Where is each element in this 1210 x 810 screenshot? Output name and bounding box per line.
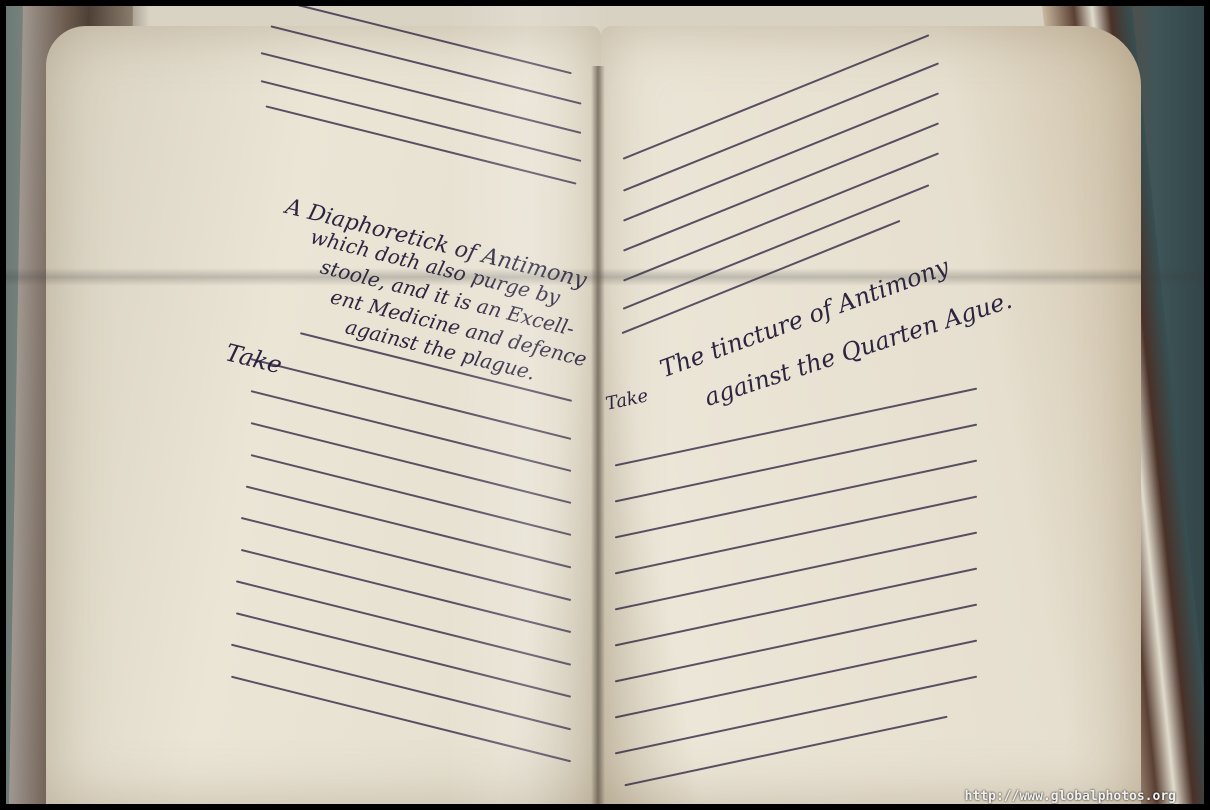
recipe-first-word: Take	[604, 385, 650, 414]
handwriting-line	[623, 122, 939, 251]
photo-frame: A Diaphoretick of Antimony which doth al…	[6, 6, 1204, 804]
handwriting-line	[615, 496, 977, 575]
handwriting-line	[615, 460, 977, 539]
handwriting-line	[615, 424, 977, 503]
handwriting-line	[615, 532, 977, 611]
handwriting-line	[623, 92, 939, 221]
handwriting-line	[615, 388, 977, 467]
glass-reflection	[446, 6, 606, 804]
watermark: http://www.globalphotos.org	[965, 789, 1176, 804]
manuscript-page-right: The tincture of Antimony against the Qua…	[601, 26, 1141, 804]
handwriting-line	[615, 676, 977, 755]
handwriting-line	[624, 716, 947, 787]
handwriting-line	[615, 604, 977, 683]
handwriting-line	[623, 34, 930, 159]
handwriting-line	[615, 568, 977, 647]
handwriting-line	[615, 640, 977, 719]
